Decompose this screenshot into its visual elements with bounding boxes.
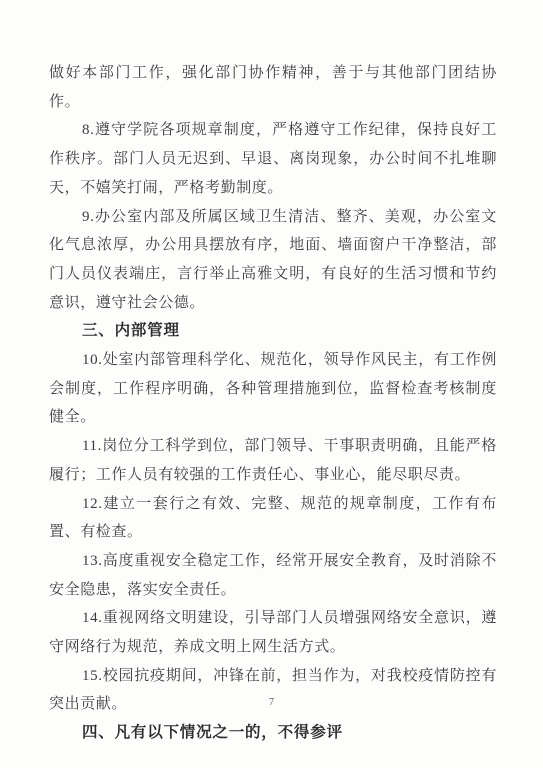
paragraph-item-14: 14.重视网络文明建设，引导部门人员增强网络安全意识，遵守网络行为规范，养成文明…	[49, 604, 497, 661]
section-heading-4: 四、凡有以下情况之一的，不得参评	[49, 719, 497, 748]
document-page: 做好本部门工作，强化部门协作精神，善于与其他部门团结协作。 8.遵守学院各项规章…	[0, 0, 543, 768]
paragraph-item-9: 9.办公室内部及所属区域卫生清洁、整齐、美观，办公室文化气息浓厚，办公用具摆放有…	[49, 203, 497, 318]
page-number: 7	[0, 697, 543, 708]
document-body: 做好本部门工作，强化部门协作精神，善于与其他部门团结协作。 8.遵守学院各项规章…	[49, 59, 497, 748]
paragraph-item-8: 8.遵守学院各项规章制度，严格遵守工作纪律，保持良好工作秩序。部门人员无迟到、早…	[49, 116, 497, 202]
paragraph-item-10: 10.处室内部管理科学化、规范化，领导作风民主，有工作例会制度，工作程序明确，各…	[49, 346, 497, 432]
paragraph-item-12: 12.建立一套行之有效、完整、规范的规章制度，工作有布置、有检查。	[49, 490, 497, 547]
paragraph-item-15: 15.校园抗疫期间，冲锋在前，担当作为，对我校疫情防控有突出贡献。	[49, 662, 497, 719]
section-heading-3: 三、内部管理	[49, 317, 497, 346]
paragraph-item-13: 13.高度重视安全稳定工作，经常开展安全教育，及时消除不安全隐患，落实安全责任。	[49, 547, 497, 604]
paragraph-item-11: 11.岗位分工科学到位，部门领导、干事职责明确，且能严格履行；工作人员有较强的工…	[49, 432, 497, 489]
paragraph-continuation: 做好本部门工作，强化部门协作精神，善于与其他部门团结协作。	[49, 59, 497, 116]
